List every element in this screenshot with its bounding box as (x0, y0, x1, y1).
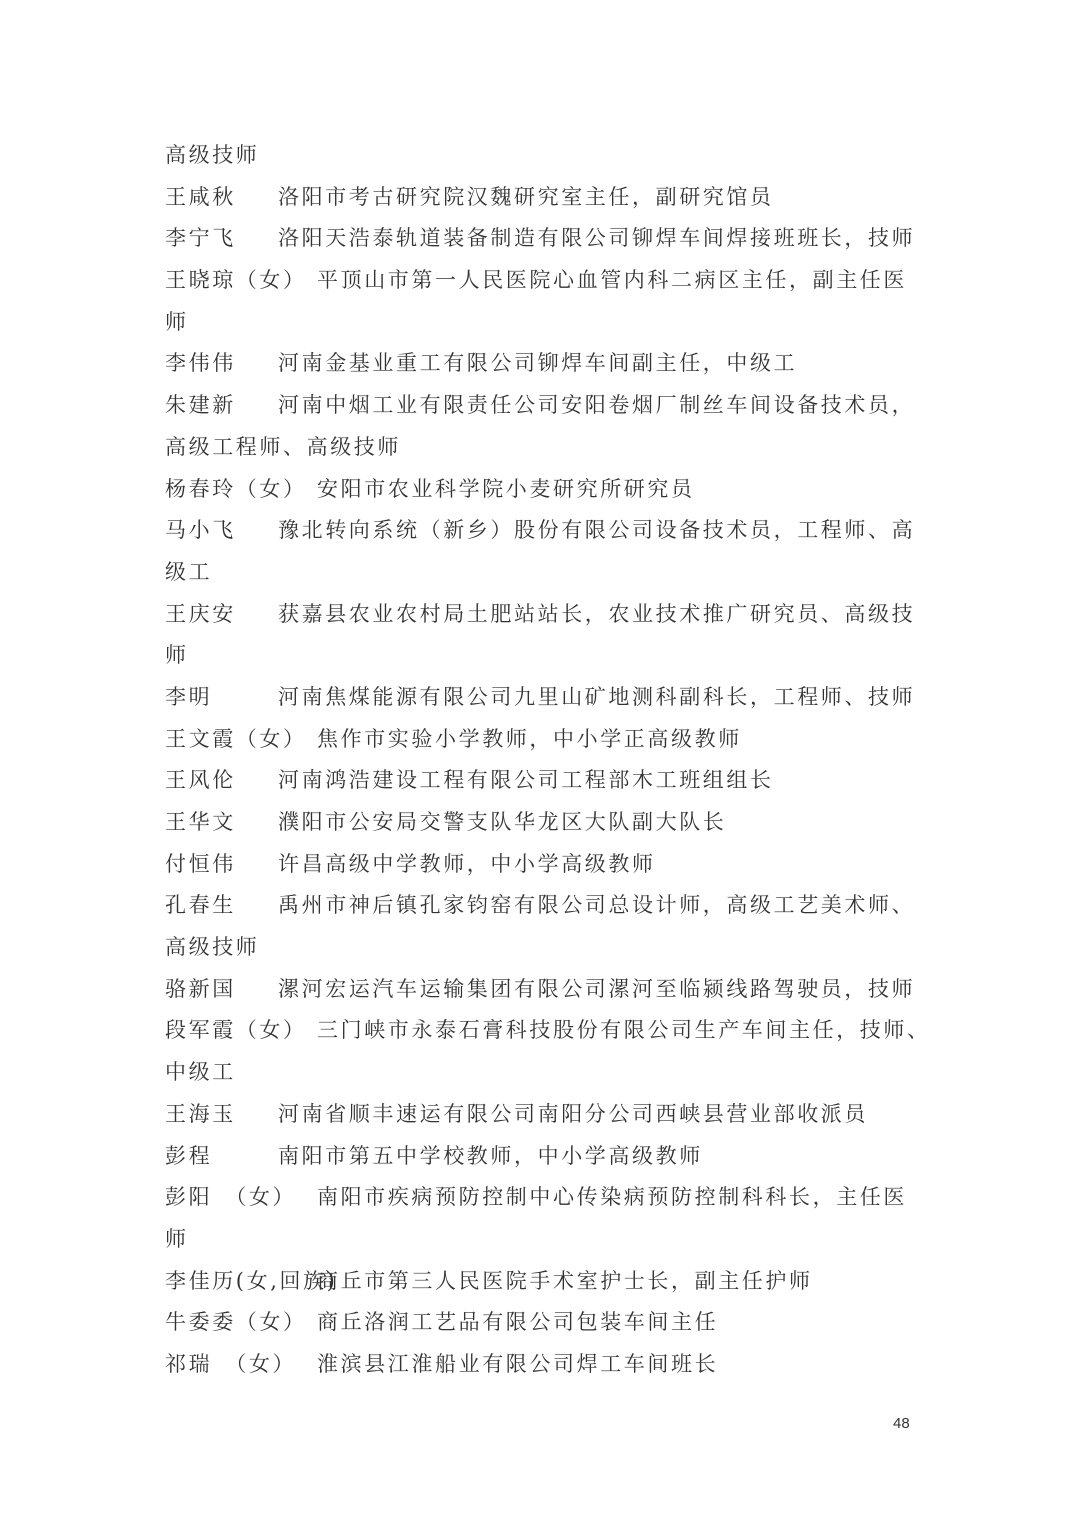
list-item: 李宁飞洛阳天浩泰轨道装备制造有限公司铆焊车间焊接班班长，技师 (165, 218, 925, 260)
person-name: 李伟伟 (165, 343, 278, 385)
person-name: 骆新国 (165, 969, 278, 1011)
person-name: 祁瑞 （女） (165, 1344, 317, 1386)
list-item: 王庆安获嘉县农业农村局土肥站站长，农业技术推广研究员、高级技 (165, 594, 925, 636)
person-description: 河南中烟工业有限责任公司安阳卷烟厂制丝车间设备技术员， (278, 393, 915, 417)
list-item: 彭程南阳市第五中学校教师，中小学高级教师 (165, 1136, 925, 1178)
person-description: 河南省顺丰速运有限公司南阳分公司西峡县营业部收派员 (278, 1102, 868, 1126)
document-page: 高级技师 王咸秋洛阳市考古研究院汉魏研究室主任，副研究馆员 李宁飞洛阳天浩泰轨道… (0, 0, 1080, 1527)
person-name: 王海玉 (165, 1094, 278, 1136)
name-list: 高级技师 王咸秋洛阳市考古研究院汉魏研究室主任，副研究馆员 李宁飞洛阳天浩泰轨道… (165, 135, 925, 1386)
list-item-continuation: 高级技师 (165, 927, 925, 969)
list-item: 骆新国漯河宏运汽车运输集团有限公司漯河至临颍线路驾驶员，技师 (165, 969, 925, 1011)
list-item: 彭阳 （女）南阳市疾病预防控制中心传染病预防控制科科长，主任医 (165, 1177, 925, 1219)
person-name: 牛委委（女） (165, 1302, 317, 1344)
list-item-continuation: 师 (165, 635, 925, 677)
list-item: 付恒伟许昌高级中学教师，中小学高级教师 (165, 844, 925, 886)
person-description: 平顶山市第一人民医院心血管内科二病区主任，副主任医 (317, 268, 907, 292)
list-item-continuation: 高级工程师、高级技师 (165, 427, 925, 469)
person-name: 王晓琼（女） (165, 260, 317, 302)
list-item-continuation: 级工 (165, 552, 925, 594)
person-name: 付恒伟 (165, 844, 278, 886)
person-name: 王风伦 (165, 760, 278, 802)
list-item: 王咸秋洛阳市考古研究院汉魏研究室主任，副研究馆员 (165, 177, 925, 219)
list-item: 王华文濮阳市公安局交警支队华龙区大队副大队长 (165, 802, 925, 844)
person-description: 河南焦煤能源有限公司九里山矿地测科副科长，工程师、技师 (278, 685, 915, 709)
person-description: 洛阳市考古研究院汉魏研究室主任，副研究馆员 (278, 185, 774, 209)
person-description: 洛阳天浩泰轨道装备制造有限公司铆焊车间焊接班班长，技师 (278, 226, 915, 250)
person-description: 南阳市第五中学校教师，中小学高级教师 (278, 1144, 703, 1168)
person-description: 商丘洛润工艺品有限公司包装车间主任 (317, 1310, 718, 1334)
list-item: 马小飞豫北转向系统（新乡）股份有限公司设备技术员，工程师、高 (165, 510, 925, 552)
person-name: 段军霞（女） (165, 1010, 317, 1052)
person-name: 王庆安 (165, 594, 278, 636)
list-item: 李佳历(女,回族)商丘市第三人民医院手术室护士长，副主任护师 (165, 1261, 925, 1303)
list-item: 王文霞（女）焦作市实验小学教师，中小学正高级教师 (165, 719, 925, 761)
list-item: 李明河南焦煤能源有限公司九里山矿地测科副科长，工程师、技师 (165, 677, 925, 719)
person-description: 濮阳市公安局交警支队华龙区大队副大队长 (278, 810, 726, 834)
list-item-continuation: 师 (165, 302, 925, 344)
list-item: 杨春玲（女）安阳市农业科学院小麦研究所研究员 (165, 469, 925, 511)
list-item: 王晓琼（女）平顶山市第一人民医院心血管内科二病区主任，副主任医 (165, 260, 925, 302)
list-item: 朱建新河南中烟工业有限责任公司安阳卷烟厂制丝车间设备技术员， (165, 385, 925, 427)
list-item-continuation: 高级技师 (165, 135, 925, 177)
person-name: 王文霞（女） (165, 719, 317, 761)
person-name: 彭阳 （女） (165, 1177, 317, 1219)
person-description: 商丘市第三人民医院手术室护士长，副主任护师 (317, 1269, 813, 1293)
list-item-continuation: 师 (165, 1219, 925, 1261)
person-description: 河南鸿浩建设工程有限公司工程部木工班组组长 (278, 768, 774, 792)
person-name: 孔春生 (165, 885, 278, 927)
list-item: 王海玉河南省顺丰速运有限公司南阳分公司西峡县营业部收派员 (165, 1094, 925, 1136)
person-description: 三门峡市永泰石膏科技股份有限公司生产车间主任，技师、 (317, 1018, 931, 1042)
person-name: 朱建新 (165, 385, 278, 427)
list-item: 王风伦河南鸿浩建设工程有限公司工程部木工班组组长 (165, 760, 925, 802)
person-description: 禹州市神后镇孔家钧窑有限公司总设计师，高级工艺美术师、 (278, 893, 915, 917)
person-description: 安阳市农业科学院小麦研究所研究员 (317, 477, 695, 501)
person-name: 王华文 (165, 802, 278, 844)
list-item: 祁瑞 （女）淮滨县江淮船业有限公司焊工车间班长 (165, 1344, 925, 1386)
person-name: 杨春玲（女） (165, 469, 317, 511)
person-name: 马小飞 (165, 510, 278, 552)
person-description: 漯河宏运汽车运输集团有限公司漯河至临颍线路驾驶员，技师 (278, 977, 915, 1001)
person-description: 许昌高级中学教师，中小学高级教师 (278, 852, 656, 876)
person-description: 南阳市疾病预防控制中心传染病预防控制科科长，主任医 (317, 1185, 907, 1209)
person-name: 彭程 (165, 1136, 278, 1178)
person-name: 李明 (165, 677, 278, 719)
person-description: 豫北转向系统（新乡）股份有限公司设备技术员，工程师、高 (278, 518, 915, 542)
list-item: 牛委委（女）商丘洛润工艺品有限公司包装车间主任 (165, 1302, 925, 1344)
person-name: 李佳历(女,回族) (165, 1261, 317, 1303)
person-description: 河南金基业重工有限公司铆焊车间副主任，中级工 (278, 351, 797, 375)
list-item: 李伟伟河南金基业重工有限公司铆焊车间副主任，中级工 (165, 343, 925, 385)
list-item: 孔春生禹州市神后镇孔家钧窑有限公司总设计师，高级工艺美术师、 (165, 885, 925, 927)
person-description: 焦作市实验小学教师，中小学正高级教师 (317, 727, 742, 751)
person-description: 淮滨县江淮船业有限公司焊工车间班长 (317, 1352, 718, 1376)
list-item-continuation: 中级工 (165, 1052, 925, 1094)
person-description: 获嘉县农业农村局土肥站站长，农业技术推广研究员、高级技 (278, 602, 915, 626)
page-number: 48 (893, 1415, 910, 1432)
person-name: 王咸秋 (165, 177, 278, 219)
list-item: 段军霞（女）三门峡市永泰石膏科技股份有限公司生产车间主任，技师、 (165, 1010, 925, 1052)
person-name: 李宁飞 (165, 218, 278, 260)
